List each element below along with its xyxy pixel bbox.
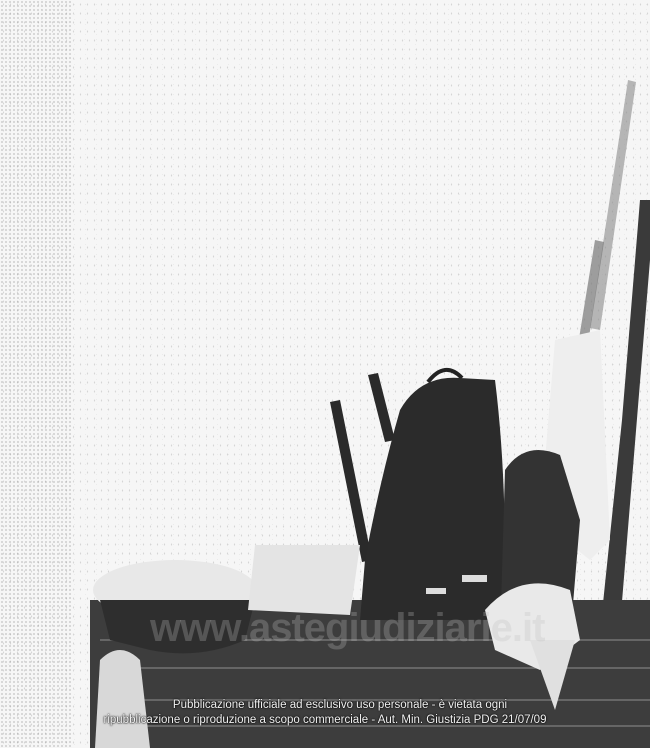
- backpack-buckle-2: [426, 588, 446, 594]
- backpack-buckle: [462, 575, 487, 582]
- caption-line-1: Pubblicazione ufficiale ad esclusivo uso…: [0, 698, 650, 713]
- scanned-photo: www.astegiudiziarie.it Pubblicazione uff…: [0, 0, 650, 748]
- watermark: www.astegiudiziarie.it: [150, 606, 510, 651]
- caption-line-2: ripubblicazione o riproduzione a scopo c…: [0, 713, 650, 728]
- leaning-pole-far: [590, 80, 636, 330]
- legal-caption: Pubblicazione ufficiale ad esclusivo uso…: [0, 698, 650, 728]
- chair-leg-right: [368, 373, 395, 442]
- chair-leg-left: [330, 400, 372, 562]
- light-board: [248, 545, 360, 615]
